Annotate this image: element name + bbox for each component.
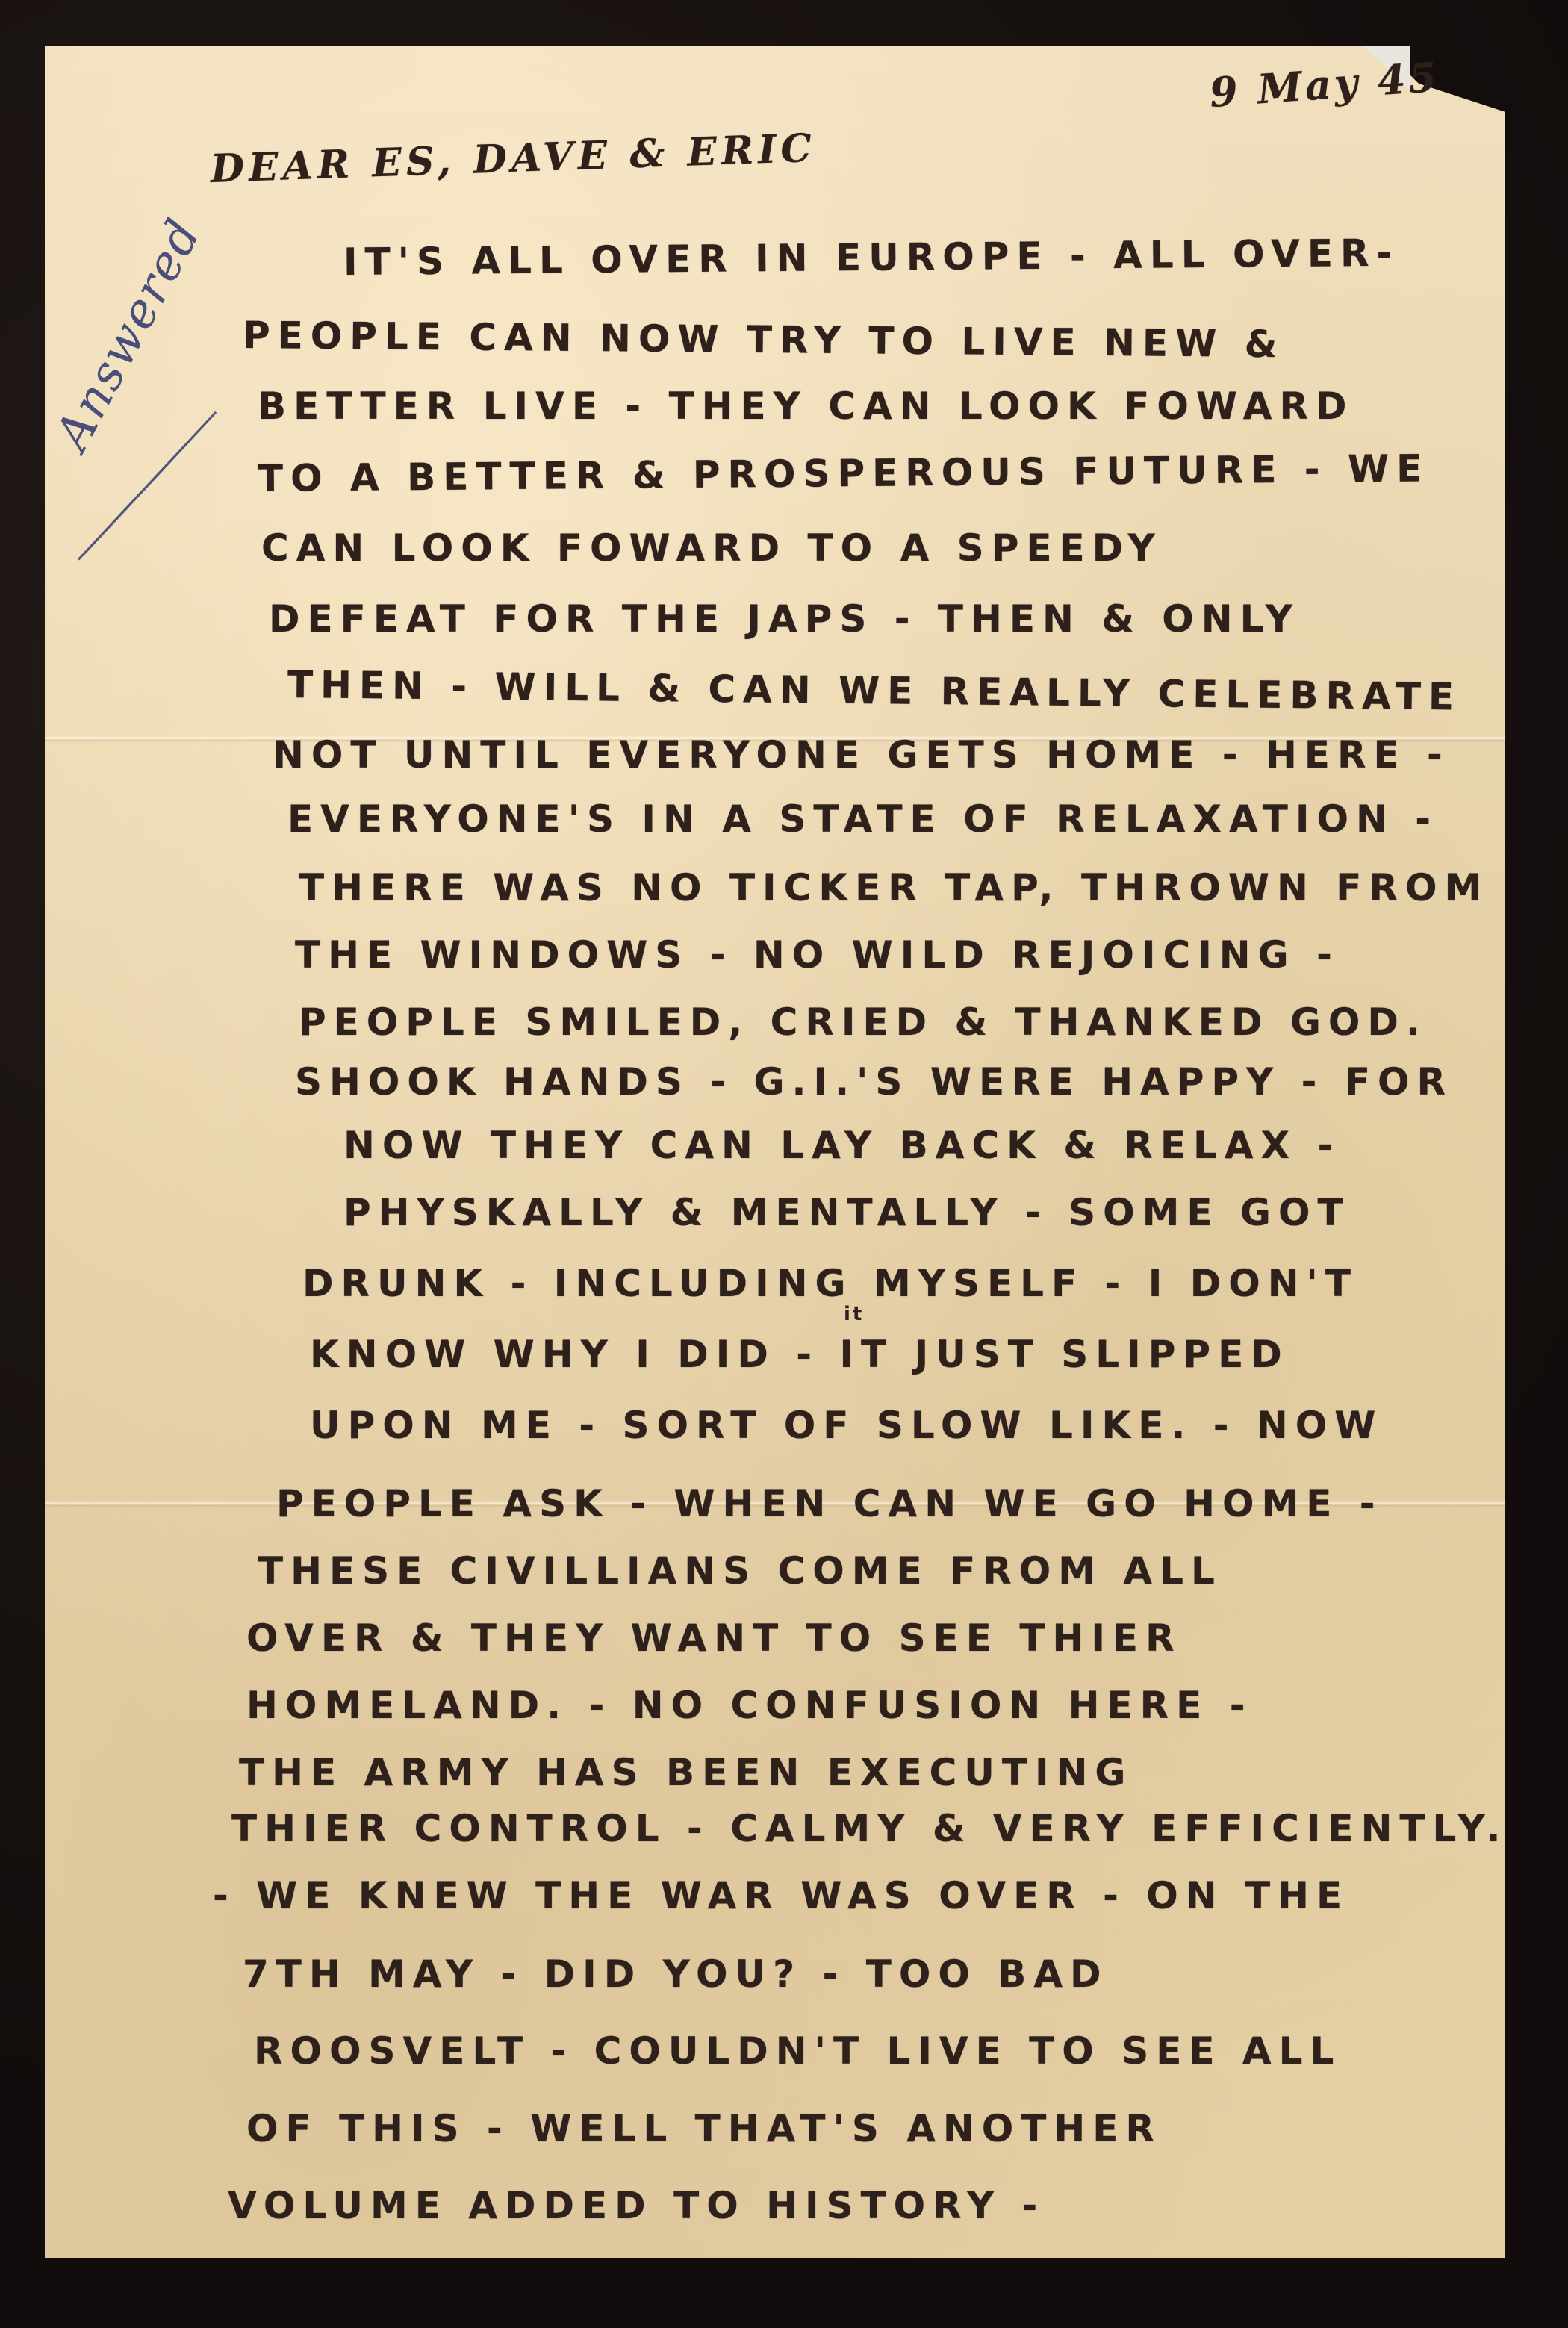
inline-insertion: it — [844, 1303, 864, 1325]
letter-line: over & they want to see thier — [246, 1616, 1182, 1660]
letter-line: - We knew the war was over - on the — [213, 1874, 1349, 1917]
letter-line: These civillians come from all — [258, 1549, 1222, 1593]
letter-line: homeland. - No confusion here - — [246, 1684, 1252, 1727]
letter-line: drunk - including myself - I don't — [302, 1262, 1358, 1305]
letter-line: the army has been executing — [239, 1751, 1133, 1794]
letter-line: defeat for the Japs - then & only — [269, 597, 1300, 641]
letter-line: Not until everyone gets home - Here - — [273, 733, 1450, 776]
letter-line: can look foward to a speedy — [261, 526, 1163, 570]
letter-line: know why I did - it just slipped — [310, 1333, 1289, 1376]
letter-line: now they can lay back & relax - — [343, 1124, 1340, 1167]
letter-line: thier control - calmy & very efficiently… — [231, 1807, 1508, 1850]
letter-line: Shook hands - G.I.'s were happy - for — [295, 1060, 1453, 1104]
letter-line: It's all over in Europe - all over- — [343, 231, 1400, 284]
letter-line: better live - they can look foward — [258, 385, 1354, 428]
letter-line: people smiled, cried & thanked God. — [299, 1000, 1428, 1044]
letter-line: There was no ticker tap, thrown from — [299, 866, 1489, 909]
letter-line: the windows - no wild rejoicing - — [295, 933, 1340, 977]
letter-line: physkally & mentally - some got — [343, 1191, 1351, 1234]
letter-line: People can now try to live new & — [243, 314, 1285, 366]
letter-line: people ask - when can we go home - — [276, 1482, 1383, 1525]
letter-line: volume added to history - — [228, 2184, 1045, 2227]
letter-line: upon me - sort of slow like. - Now — [310, 1404, 1383, 1447]
letter-line: everyone's in a state of relaxation - — [287, 797, 1438, 841]
letter-line: Roosvelt - couldn't live to see all — [254, 2029, 1341, 2073]
letter-line: 7th May - Did you? - Too bad — [243, 1952, 1109, 1996]
letter-line: of this - Well that's another — [246, 2107, 1162, 2150]
